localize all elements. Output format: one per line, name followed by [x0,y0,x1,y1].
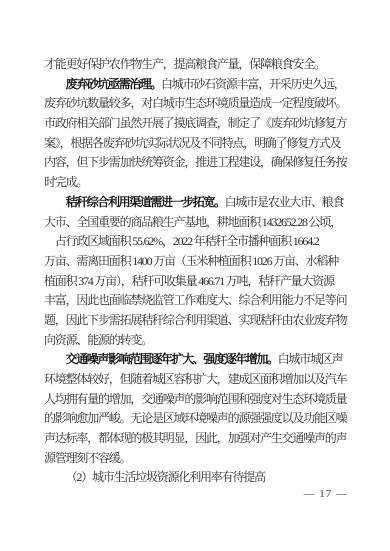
body-text: 案》，根据各废弃砂坑实际状况及不同特点，明确了修复方式及 [44,136,340,150]
body-text: 万亩、需离田面积 1400 万亩（玉米种植面积 1026 万亩、水稻种 [44,254,338,268]
text-line: 才能更好保护农作物生产，提高粮食产量，保障粮食安全。 [44,55,350,75]
body-text: 时完成。 [44,175,87,189]
body-text: 废弃砂坑数量较多，对白城市生态环境质量造成一定程度破坏。 [44,96,346,110]
body-text: 白城市是农业大市、粮食 [225,195,344,209]
text-line: 交通噪声影响范围逐年扩大、强度逐年增加。白城市城区声 [44,350,350,370]
text-line: 秸秆综合利用渠道需进一步拓宽。白城市是农业大市、粮食 [44,193,350,213]
body-text: 大市、全国重要的商品粮生产基地，耕地面积 1432652.28 公顷， [44,215,341,229]
text-line: 环境整体较好，但随着城区容积扩大，建成区面积增加以及汽车 [44,370,350,390]
text-line: （2）城市生活垃圾资源化利用率有待提高 [44,468,350,488]
text-line: 市政府相关部门虽然开展了摸底调查，制定了《废弃砂坑修复方 [44,114,350,134]
body-text: 的影响愈加严峻。无论是区域环境噪声的源强强度以及功能区噪 [44,411,346,425]
body-text: 植面积 374 万亩），秸秆可收集量 466.71 万吨，秸秆产量大资源 [44,274,334,288]
text-line: 案》，根据各废弃砂坑实际状况及不同特点，明确了修复方式及 [44,134,350,154]
body-text: 环境整体较好，但随着城区容积扩大，建成区面积增加以及汽车 [44,372,346,386]
text-line: 人均拥有量的增加，交通噪声的影响范围和强度对生态环境质量 [44,390,350,410]
body-text: 丰富，因此也面临禁烧监管工作难度大、综合利用能力不足等问 [44,293,346,307]
text-line: 废弃砂坑亟需治理。白城市砂石资源丰富，开采历史久远， [44,75,350,95]
body-text: 声达标率，都体现的极其明显，因此，加强对产生交通噪声的声 [44,431,346,445]
bold-heading: 交通噪声影响范围逐年扩大、强度逐年增加。 [66,352,278,366]
body-text: 人均拥有量的增加，交通噪声的影响范围和强度对生态环境质量 [44,392,346,406]
text-line: 内容，但下步需加快统筹资金，推进工程建设，确保修复任务按 [44,153,350,173]
text-line: 的影响愈加严峻。无论是区域环境噪声的源强强度以及功能区噪 [44,409,350,429]
body-text: 向资源、能源的转变。 [44,333,152,347]
text-line: 时完成。 [44,173,350,193]
body-text: 占行政区域面积 55.62%，2022 年秸秆全市播种面积 1664.2 [55,234,319,248]
body-text: 才能更好保护农作物生产，提高粮食产量，保障粮食安全。 [44,57,325,71]
text-line: 万亩、需离田面积 1400 万亩（玉米种植面积 1026 万亩、水稻种 [44,252,350,272]
text-line: 大市、全国重要的商品粮生产基地，耕地面积 1432652.28 公顷， [44,213,350,233]
bold-heading: 废弃砂坑亟需治理。 [66,77,161,91]
body-text: 白城市砂石资源丰富，开采历史久远， [161,77,345,91]
text-line: 植面积 374 万亩），秸秆可收集量 466.71 万吨，秸秆产量大资源 [44,272,350,292]
page-number: — 17 — [304,488,349,500]
body-text: 白城市城区声 [278,352,343,366]
body-text: 内容，但下步需加快统筹资金，推进工程建设，确保修复任务按 [44,155,346,169]
text-line: 废弃砂坑数量较多，对白城市生态环境质量造成一定程度破坏。 [44,94,350,114]
text-line: 占行政区域面积 55.62%，2022 年秸秆全市播种面积 1664.2 [44,232,350,252]
body-text: （2）城市生活垃圾资源化利用率有待提高 [66,470,265,484]
body-text: 源管理刻不容缓。 [44,451,130,465]
document-text-block: 才能更好保护农作物生产，提高粮食产量，保障粮食安全。废弃砂坑亟需治理。白城市砂石… [44,55,350,488]
text-line: 源管理刻不容缓。 [44,449,350,469]
text-line: 向资源、能源的转变。 [44,331,350,351]
text-line: 丰富，因此也面临禁烧监管工作难度大、综合利用能力不足等问 [44,291,350,311]
text-line: 题，因此下步需拓展秸秆综合利用渠道、实现秸秆由农业废弃物 [44,311,350,331]
bold-heading: 秸秆综合利用渠道需进一步拓宽。 [66,195,225,209]
text-line: 声达标率，都体现的极其明显，因此，加强对产生交通噪声的声 [44,429,350,449]
body-text: 题，因此下步需拓展秸秆综合利用渠道、实现秸秆由农业废弃物 [44,313,346,327]
body-text: 市政府相关部门虽然开展了摸底调查，制定了《废弃砂坑修复方 [44,116,346,130]
